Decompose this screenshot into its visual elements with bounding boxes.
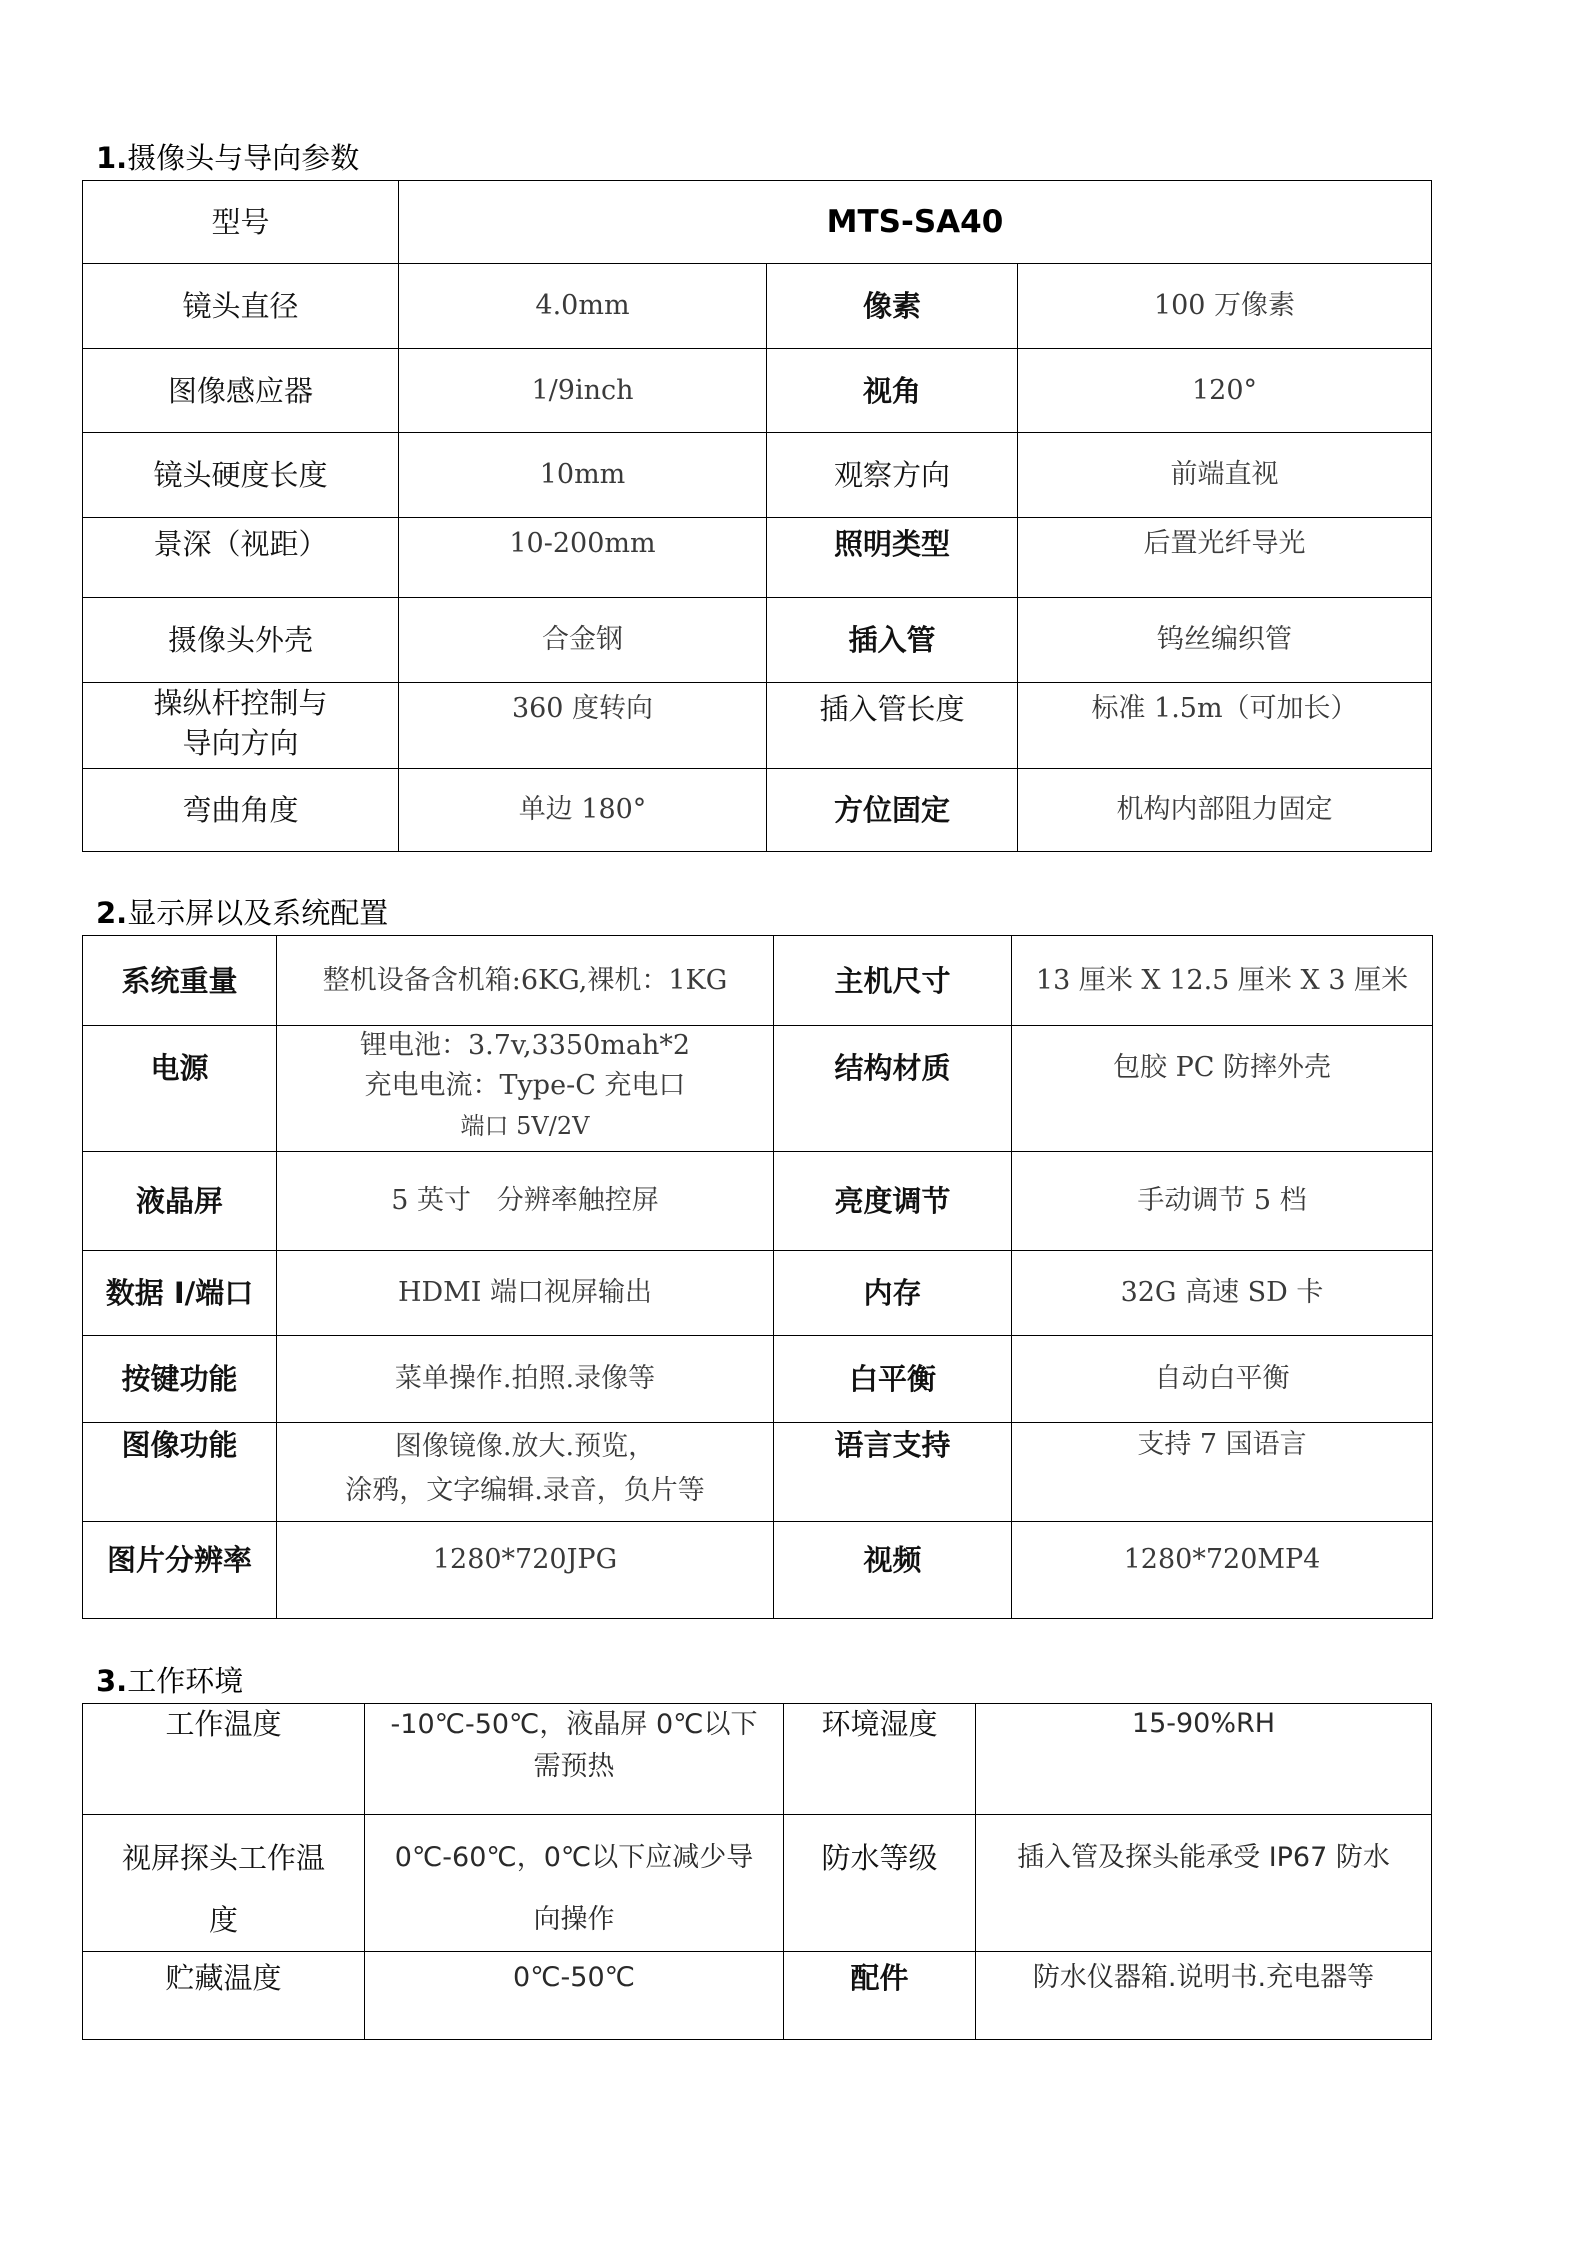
spec-label: 液晶屏 [83, 1152, 277, 1251]
section-number: 2. [96, 896, 127, 930]
spec-label: 像素 [767, 264, 1018, 349]
spec-value-line: 图像镜像.放大.预览， [283, 1425, 767, 1469]
spec-value: 自动白平衡 [1012, 1336, 1433, 1423]
section-title: 工作环境 [127, 1664, 243, 1698]
table-row: 景深（视距） 10-200mm 照明类型 后置光纤导光 [83, 518, 1432, 598]
section-2-heading: 2.显示屏以及系统配置 [96, 895, 388, 931]
section-number: 3. [96, 1664, 127, 1698]
section-number: 1. [96, 141, 127, 175]
spec-label: 摄像头外壳 [83, 598, 399, 683]
spec-label-line: 度 [89, 1889, 358, 1951]
spec-value: 120° [1018, 349, 1432, 433]
spec-label: 图像感应器 [83, 349, 399, 433]
spec-value: 360 度转向 [399, 683, 767, 769]
section-1-heading: 1.摄像头与导向参数 [96, 140, 359, 176]
spec-label: 亮度调节 [774, 1152, 1012, 1251]
spec-value-line: 锂电池：3.7v,3350mah*2 [283, 1026, 767, 1066]
spec-label: 弯曲角度 [83, 769, 399, 852]
spec-label: 景深（视距） [83, 518, 399, 598]
spec-value: 锂电池：3.7v,3350mah*2 充电电流：Type-C 充电口 端口 5V… [277, 1026, 774, 1152]
table-row: 操纵杆控制与 导向方向 360 度转向 插入管长度 标准 1.5m（可加长） [83, 683, 1432, 769]
spec-value-line: 0℃-60℃，0℃以下应减少导 [371, 1827, 777, 1889]
spec-label-line: 视屏探头工作温 [89, 1827, 358, 1889]
section-title: 显示屏以及系统配置 [127, 896, 388, 930]
spec-value: 100 万像素 [1018, 264, 1432, 349]
spec-value-line: 端口 5V/2V [283, 1106, 767, 1146]
table-row: 镜头直径 4.0mm 像素 100 万像素 [83, 264, 1432, 349]
spec-label: 视频 [774, 1522, 1012, 1619]
table-row: 视屏探头工作温 度 0℃-60℃，0℃以下应减少导 向操作 防水等级 插入管及探… [83, 1815, 1432, 1952]
spec-label-line: 导向方向 [89, 723, 392, 763]
spec-value: 菜单操作.拍照.录像等 [277, 1336, 774, 1423]
spec-label: 视角 [767, 349, 1018, 433]
spec-value: 5 英寸 分辨率触控屏 [277, 1152, 774, 1251]
spec-label: 插入管长度 [767, 683, 1018, 769]
spec-value: 整机设备含机箱:6KG,裸机：1KG [277, 936, 774, 1026]
spec-value: 机构内部阻力固定 [1018, 769, 1432, 852]
camera-guidance-spec-table: 型号 MTS-SA40 镜头直径 4.0mm 像素 100 万像素 图像感应器 … [82, 180, 1432, 852]
table-row: 弯曲角度 单边 180° 方位固定 机构内部阻力固定 [83, 769, 1432, 852]
spec-value: 1280*720MP4 [1012, 1522, 1433, 1619]
spec-value: 后置光纤导光 [1018, 518, 1432, 598]
spec-label: 电源 [83, 1026, 277, 1152]
section-title: 摄像头与导向参数 [127, 141, 359, 175]
spec-label: 配件 [784, 1952, 976, 2040]
spec-label: 视屏探头工作温 度 [83, 1815, 365, 1952]
spec-label: 图片分辨率 [83, 1522, 277, 1619]
table-row: 摄像头外壳 合金钢 插入管 钨丝编织管 [83, 598, 1432, 683]
spec-value: 标准 1.5m（可加长） [1018, 683, 1432, 769]
spec-label: 插入管 [767, 598, 1018, 683]
table-row: 液晶屏 5 英寸 分辨率触控屏 亮度调节 手动调节 5 档 [83, 1152, 1433, 1251]
spec-label: 防水等级 [784, 1815, 976, 1952]
spec-value: -10℃-50℃，液晶屏 0℃以下 需预热 [365, 1704, 784, 1815]
table-row: 型号 MTS-SA40 [83, 181, 1432, 264]
spec-label: 白平衡 [774, 1336, 1012, 1423]
spec-value: 10mm [399, 433, 767, 518]
model-label: 型号 [83, 181, 399, 264]
model-value: MTS-SA40 [399, 181, 1432, 264]
spec-label: 数据 I/端口 [83, 1251, 277, 1336]
spec-label: 系统重量 [83, 936, 277, 1026]
spec-label: 结构材质 [774, 1026, 1012, 1152]
table-row: 图像感应器 1/9inch 视角 120° [83, 349, 1432, 433]
spec-value: 图像镜像.放大.预览， 涂鸦，文字编辑.录音，负片等 [277, 1423, 774, 1522]
spec-value-line: 涂鸦，文字编辑.录音，负片等 [283, 1469, 767, 1513]
spec-label: 环境湿度 [784, 1704, 976, 1815]
spec-value: 4.0mm [399, 264, 767, 349]
table-row: 按键功能 菜单操作.拍照.录像等 白平衡 自动白平衡 [83, 1336, 1433, 1423]
spec-value: 包胶 PC 防摔外壳 [1012, 1026, 1433, 1152]
spec-label: 语言支持 [774, 1423, 1012, 1522]
spec-label: 图像功能 [83, 1423, 277, 1522]
spec-value: 支持 7 国语言 [1012, 1423, 1433, 1522]
spec-value-line: 需预热 [371, 1746, 777, 1788]
spec-value: 32G 高速 SD 卡 [1012, 1251, 1433, 1336]
spec-value: 钨丝编织管 [1018, 598, 1432, 683]
spec-value: HDMI 端口视屏输出 [277, 1251, 774, 1336]
table-row: 图像功能 图像镜像.放大.预览， 涂鸦，文字编辑.录音，负片等 语言支持 支持 … [83, 1423, 1433, 1522]
spec-value-line: -10℃-50℃，液晶屏 0℃以下 [371, 1704, 777, 1746]
spec-value: 10-200mm [399, 518, 767, 598]
table-row: 贮藏温度 0℃-50℃ 配件 防水仪器箱.说明书.充电器等 [83, 1952, 1432, 2040]
table-row: 数据 I/端口 HDMI 端口视屏输出 内存 32G 高速 SD 卡 [83, 1251, 1433, 1336]
spec-label: 镜头直径 [83, 264, 399, 349]
spec-label: 镜头硬度长度 [83, 433, 399, 518]
spec-value-line: 向操作 [371, 1889, 777, 1951]
spec-label: 工作温度 [83, 1704, 365, 1815]
spec-value: 1/9inch [399, 349, 767, 433]
spec-value: 1280*720JPG [277, 1522, 774, 1619]
spec-value: 13 厘米 X 12.5 厘米 X 3 厘米 [1012, 936, 1433, 1026]
spec-label-line: 操纵杆控制与 [89, 683, 392, 723]
spec-value: 插入管及探头能承受 IP67 防水 [976, 1815, 1432, 1952]
spec-value: 0℃-60℃，0℃以下应减少导 向操作 [365, 1815, 784, 1952]
spec-label: 方位固定 [767, 769, 1018, 852]
spec-label: 操纵杆控制与 导向方向 [83, 683, 399, 769]
section-3-heading: 3.工作环境 [96, 1663, 243, 1699]
spec-label: 按键功能 [83, 1336, 277, 1423]
spec-label: 主机尺寸 [774, 936, 1012, 1026]
spec-value: 合金钢 [399, 598, 767, 683]
table-row: 电源 锂电池：3.7v,3350mah*2 充电电流：Type-C 充电口 端口… [83, 1026, 1433, 1152]
table-row: 系统重量 整机设备含机箱:6KG,裸机：1KG 主机尺寸 13 厘米 X 12.… [83, 936, 1433, 1026]
spec-value: 0℃-50℃ [365, 1952, 784, 2040]
working-environment-spec-table: 工作温度 -10℃-50℃，液晶屏 0℃以下 需预热 环境湿度 15-90%RH… [82, 1703, 1432, 2040]
table-row: 工作温度 -10℃-50℃，液晶屏 0℃以下 需预热 环境湿度 15-90%RH [83, 1704, 1432, 1815]
table-row: 镜头硬度长度 10mm 观察方向 前端直视 [83, 433, 1432, 518]
spec-label: 照明类型 [767, 518, 1018, 598]
spec-label: 观察方向 [767, 433, 1018, 518]
spec-label: 贮藏温度 [83, 1952, 365, 2040]
spec-value: 单边 180° [399, 769, 767, 852]
spec-value: 手动调节 5 档 [1012, 1152, 1433, 1251]
spec-value: 前端直视 [1018, 433, 1432, 518]
table-row: 图片分辨率 1280*720JPG 视频 1280*720MP4 [83, 1522, 1433, 1619]
spec-value: 防水仪器箱.说明书.充电器等 [976, 1952, 1432, 2040]
spec-value-line: 充电电流：Type-C 充电口 [283, 1066, 767, 1106]
display-system-spec-table: 系统重量 整机设备含机箱:6KG,裸机：1KG 主机尺寸 13 厘米 X 12.… [82, 935, 1433, 1619]
spec-value: 15-90%RH [976, 1704, 1432, 1815]
spec-label: 内存 [774, 1251, 1012, 1336]
